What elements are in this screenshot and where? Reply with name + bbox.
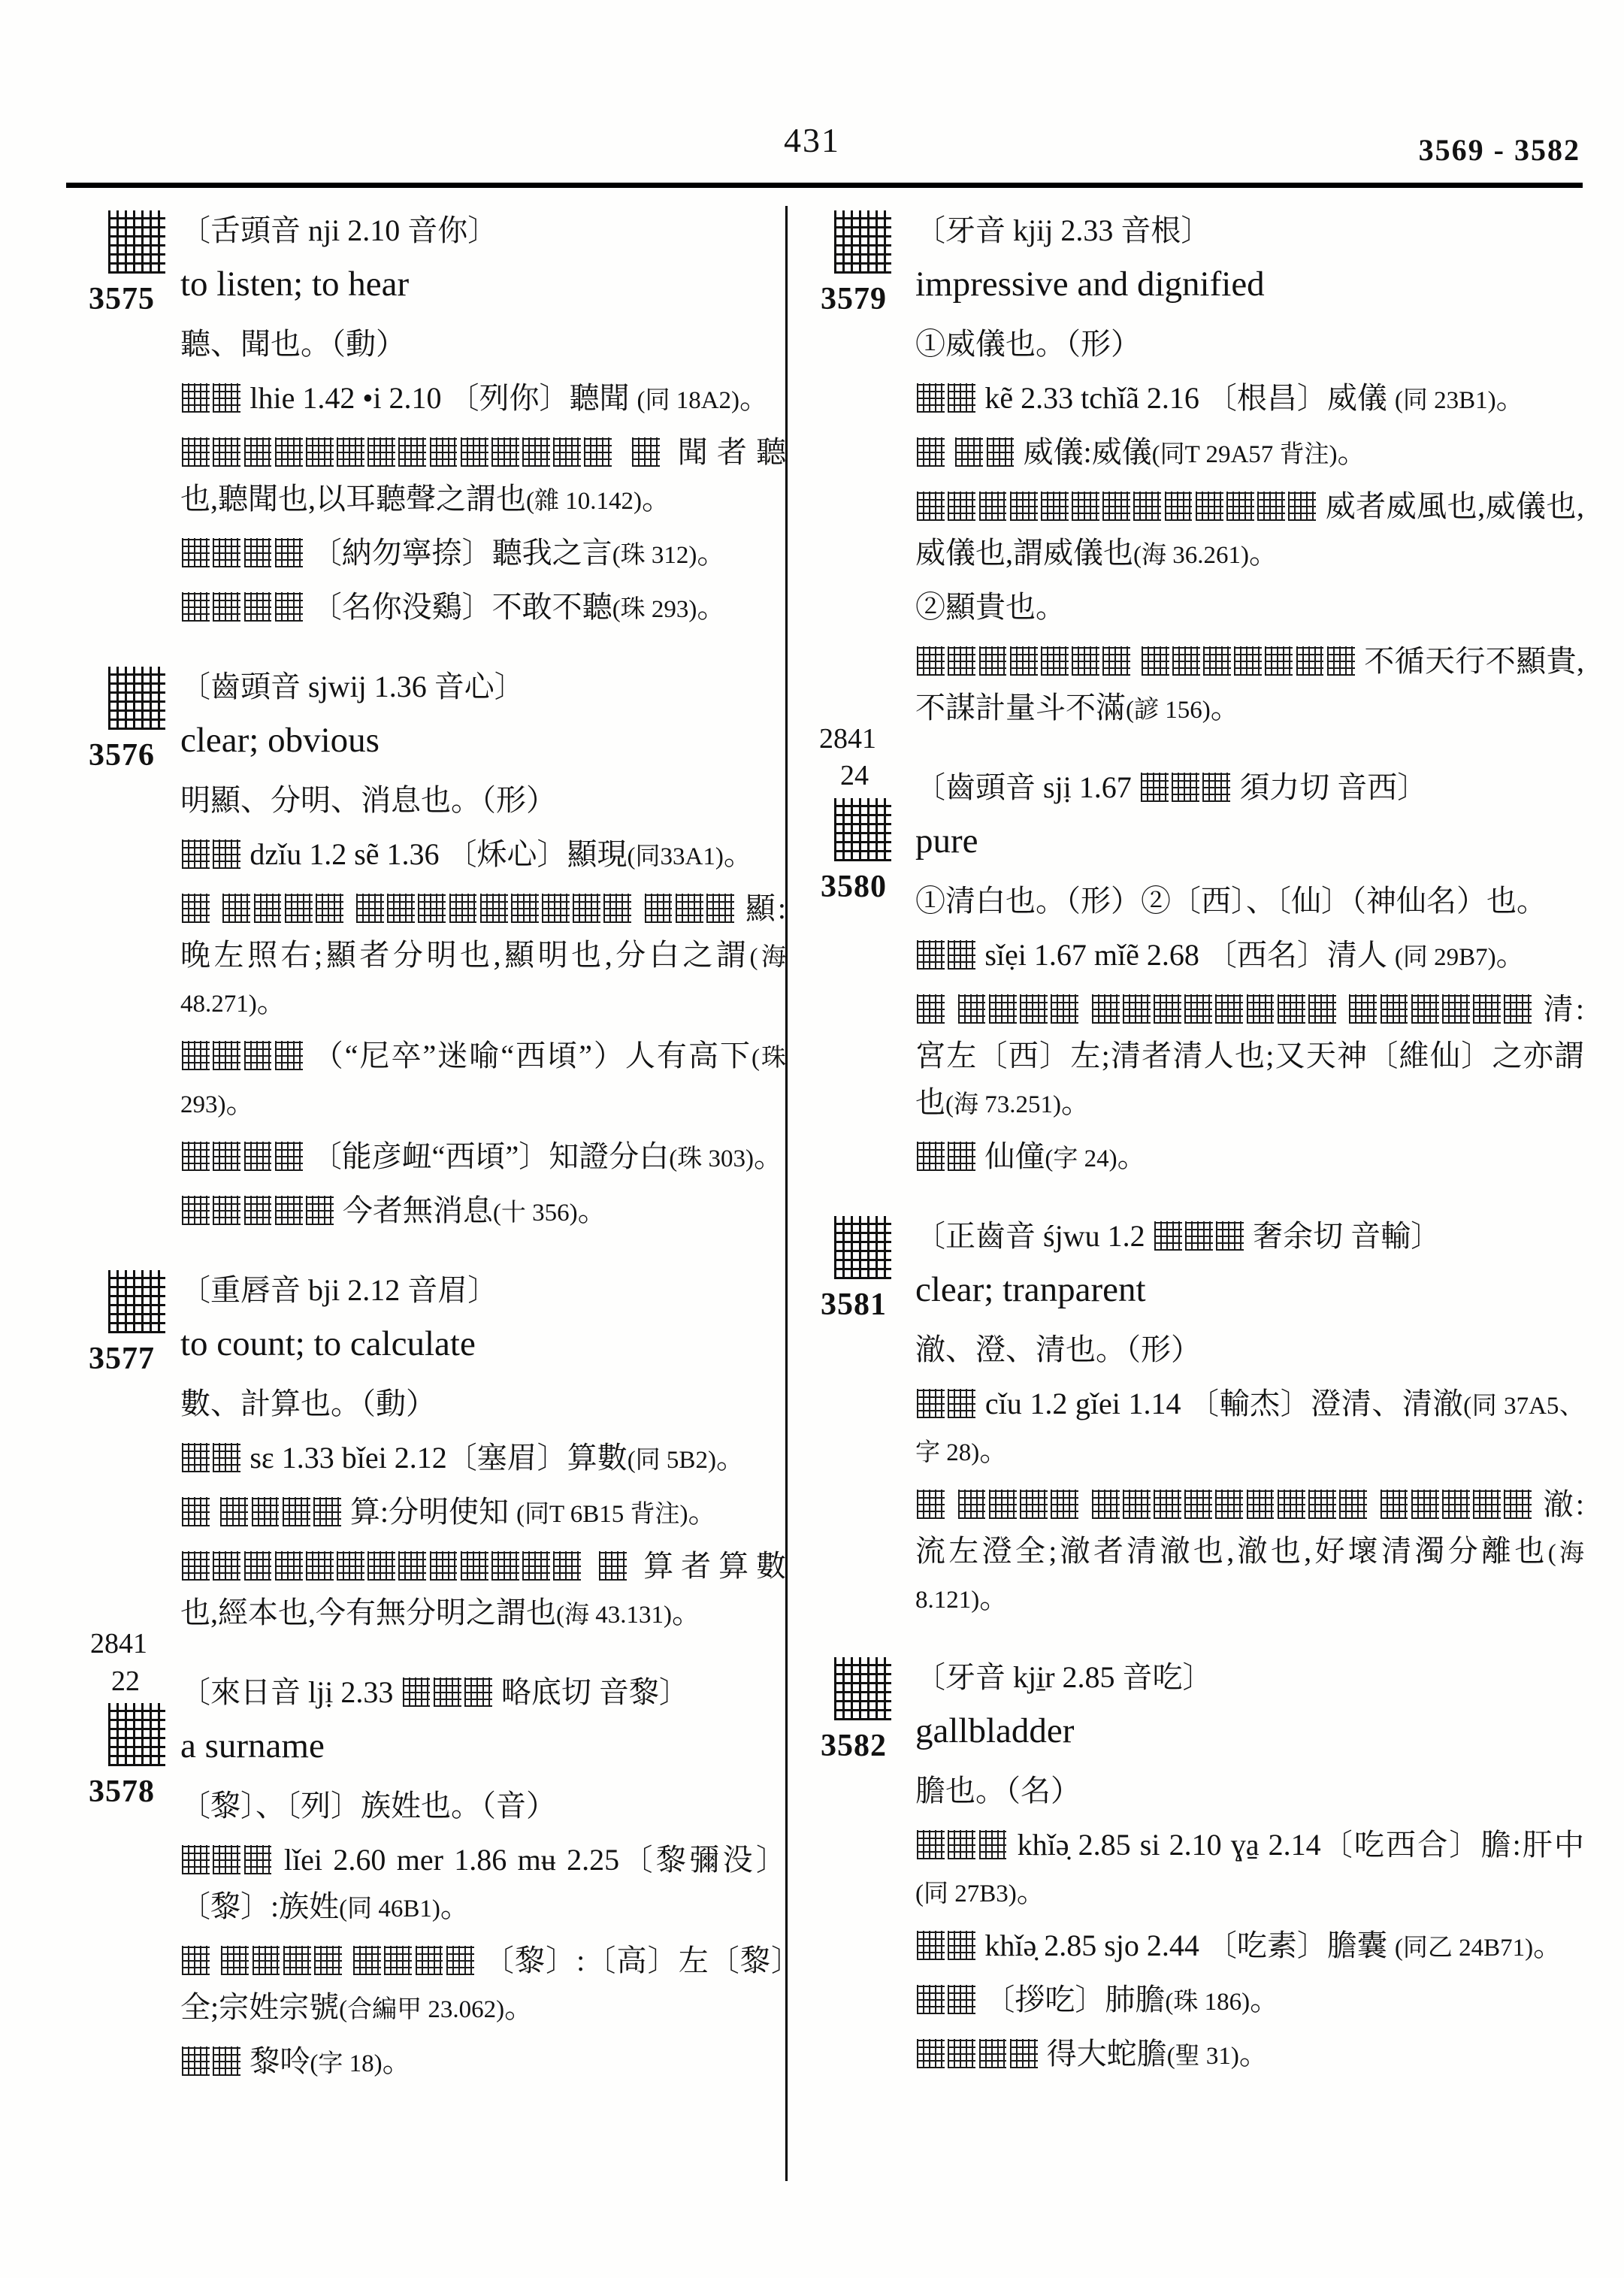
tangut-glyph — [213, 1041, 240, 1070]
entry-number: 3581 — [821, 1287, 915, 1323]
definition-line: 〔黎〕、〔列〕族姓也。（音） — [180, 1783, 786, 1829]
homophone-group-number: 2841 22 — [90, 1626, 180, 1700]
source-reference: (同T 6B15 背注) — [516, 1501, 688, 1528]
example-paragraph: 〔納勿寧捺〕聽我之言(珠 312)。 — [180, 530, 786, 576]
tangut-glyph — [461, 1551, 488, 1581]
tangut-glyph — [182, 840, 210, 869]
tangut-glyph — [632, 437, 660, 467]
tangut-glyph — [1215, 994, 1243, 1024]
tangut-glyph — [1154, 1221, 1182, 1251]
source-reference: (雜 10.142) — [526, 488, 642, 515]
tangut-glyph — [430, 1551, 458, 1581]
tangut-glyph — [213, 1142, 240, 1171]
tangut-glyph — [989, 1490, 1017, 1519]
tangut-glyph — [948, 1142, 975, 1171]
source-reference: (同33A1) — [628, 843, 724, 870]
tangut-glyph — [1504, 994, 1532, 1024]
example-list: lhie 1.42 •i 2.10 〔列你〕聽聞 (同 18A2)。 聞者聽也,… — [180, 375, 786, 631]
tangut-glyph — [522, 1551, 550, 1581]
tangut-glyph — [1504, 1490, 1532, 1519]
pronunciation-line: 〔齒頭音 sjwij 1.36 音心〕 — [180, 664, 786, 710]
english-gloss: clear; tranparent — [915, 1267, 1584, 1313]
tangut-glyph — [244, 1142, 272, 1171]
tangut-glyph — [1381, 1490, 1408, 1519]
tangut-glyph — [461, 437, 488, 467]
tangut-glyph — [182, 2047, 210, 2076]
tangut-glyph — [1216, 1221, 1244, 1251]
dictionary-entry-3575: 3575 〔舌頭音 nji 2.10 音你〕 to listen; to hea… — [66, 207, 786, 638]
tangut-glyph — [275, 437, 303, 467]
entry-range: 3569 - 3582 — [1419, 132, 1580, 168]
tangut-glyph — [917, 646, 945, 676]
entry-gutter: 2841 24 3580 — [816, 764, 915, 1187]
tangut-glyph — [182, 894, 210, 923]
tangut-glyph — [1020, 1490, 1048, 1519]
tangut-glyph — [603, 894, 631, 923]
tangut-glyph — [213, 1845, 240, 1874]
entry-content: 〔舌頭音 nji 2.10 音你〕 to listen; to hear 聽、聞… — [180, 207, 786, 638]
pronunciation-line: 〔牙音 kji̱r 2.85 音吃〕 — [915, 1654, 1584, 1701]
entry-gutter: 3575 — [66, 207, 180, 638]
page-number: 431 — [0, 120, 1624, 160]
tangut-glyph — [244, 592, 272, 622]
entry-content: 〔正齒音 śjwu 1.2 奢余切 音輸〕 clear; tranparent … — [915, 1213, 1584, 1629]
tangut-glyph — [416, 1946, 443, 1975]
tangut-glyph — [553, 1551, 581, 1581]
source-reference: (合編甲 23.062) — [339, 1996, 504, 2023]
tangut-glyph — [1196, 492, 1223, 521]
example-paragraph: 聞者聽也,聽聞也,以耳聽聲之謂也(雜 10.142)。 — [180, 429, 786, 522]
tangut-glyph — [979, 2039, 1007, 2068]
tangut-glyph — [430, 437, 458, 467]
tangut-glyph — [182, 1196, 210, 1225]
dictionary-entry-3579: 3579 〔牙音 kjij 2.33 音根〕 impressive and di… — [816, 207, 1584, 739]
tangut-glyph — [676, 894, 703, 923]
tangut-glyph — [1184, 994, 1212, 1024]
tangut-glyph — [182, 538, 210, 567]
tangut-glyph — [1142, 646, 1169, 676]
entry-gutter: 3577 — [66, 1267, 180, 1644]
tangut-glyph — [979, 646, 1007, 676]
tangut-glyph — [948, 2039, 975, 2068]
source-reference: (同T 29A57 背注) — [1152, 441, 1338, 468]
source-reference: (字 24) — [1045, 1145, 1117, 1172]
tangut-glyph — [491, 437, 519, 467]
tangut-glyph — [275, 1142, 303, 1171]
tangut-glyph — [182, 592, 210, 622]
tangut-glyph — [182, 1497, 210, 1526]
english-gloss: impressive and dignified — [915, 262, 1584, 307]
entry-number: 3578 — [89, 1774, 180, 1810]
tangut-glyph — [1234, 646, 1262, 676]
tangut-headword-glyph — [108, 210, 165, 274]
example-list: kẽ 2.33 tchǐã 2.16 〔根昌〕威儀 (同 23B1)。 威儀:威… — [915, 375, 1584, 731]
tangut-glyph — [1202, 773, 1230, 802]
tangut-headword-glyph — [834, 1216, 891, 1279]
tangut-glyph — [221, 1946, 249, 1975]
tangut-glyph — [1123, 1490, 1151, 1519]
tangut-glyph — [948, 1985, 975, 2014]
tangut-glyph — [955, 437, 983, 467]
english-gloss: to listen; to hear — [180, 262, 786, 307]
tangut-glyph — [367, 1551, 395, 1581]
english-gloss: clear; obvious — [180, 718, 786, 764]
tangut-headword-glyph — [108, 667, 165, 730]
tangut-glyph — [182, 1845, 210, 1874]
tangut-glyph — [917, 1389, 945, 1418]
entry-content: 〔牙音 kji̱r 2.85 音吃〕 gallbladder 膽也。（名） kh… — [915, 1654, 1584, 2085]
example-paragraph: 〔能彦衄“西頃”〕知證分白(珠 303)。 — [180, 1133, 786, 1180]
tangut-glyph — [244, 538, 272, 567]
tangut-glyph — [182, 1946, 210, 1975]
tangut-glyph — [244, 1551, 272, 1581]
tangut-glyph — [917, 1490, 945, 1519]
tangut-glyph — [1072, 492, 1099, 521]
tangut-glyph — [220, 1497, 248, 1526]
example-paragraph: ②顯貴也。 — [915, 584, 1584, 631]
tangut-glyph — [244, 1196, 272, 1225]
tangut-glyph — [244, 1845, 272, 1874]
example-list: lǐei 2.60 mer 1.86 mʉ 2.25〔黎彌没〕〔黎〕:族姓(同 … — [180, 1837, 786, 2085]
tangut-glyph — [446, 1946, 474, 1975]
tangut-glyph — [948, 940, 975, 970]
tangut-glyph — [1154, 994, 1181, 1024]
tangut-glyph — [917, 383, 945, 413]
entry-gutter: 3576 — [66, 664, 180, 1242]
entry-number: 3582 — [821, 1728, 915, 1764]
source-reference: (珠 293) — [612, 596, 697, 623]
example-paragraph: 黎呤(字 18)。 — [180, 2038, 786, 2085]
example-paragraph: sɛ 1.33 bǐei 2.12〔塞眉〕算數(同 5B2)。 — [180, 1435, 786, 1481]
source-reference: (諺 156) — [1126, 697, 1211, 724]
example-paragraph: cǐu 1.2 gǐei 1.14 〔輸杰〕澄清、清澈(同 37A5、字 28)… — [915, 1381, 1584, 1474]
example-paragraph: dzǐu 1.2 sẽ 1.36 〔秌心〕顯現(同33A1)。 — [180, 831, 786, 878]
example-paragraph: 算者算數也,經本也,今有無分明之謂也(海 43.131)。 — [180, 1543, 786, 1636]
tangut-glyph — [1092, 994, 1120, 1024]
tangut-glyph — [213, 437, 240, 467]
source-reference: (同 23B1) — [1395, 387, 1496, 414]
tangut-glyph — [1203, 646, 1231, 676]
dictionary-entry-3576: 3576 〔齒頭音 sjwij 1.36 音心〕 clear; obvious … — [66, 664, 786, 1242]
entry-number: 3576 — [89, 737, 180, 773]
tangut-headword-glyph — [108, 1270, 165, 1333]
tangut-glyph — [1247, 994, 1275, 1024]
tangut-glyph — [1102, 646, 1130, 676]
left-column: 3575 〔舌頭音 nji 2.10 音你〕 to listen; to hea… — [66, 207, 786, 2118]
example-paragraph: 澈:流左澄全;澈者清澈也,澈也,好壞清濁分離也(海 8.121)。 — [915, 1481, 1584, 1621]
definition-line: ①威儀也。（形） — [915, 321, 1584, 368]
entry-content: 〔齒頭音 sjwij 1.36 音心〕 clear; obvious 明顯、分明… — [180, 664, 786, 1242]
tangut-glyph — [213, 840, 240, 869]
tangut-glyph — [599, 1551, 627, 1581]
definition-line: 明顯、分明、消息也。（形） — [180, 777, 786, 824]
tangut-glyph — [1339, 1490, 1367, 1519]
tangut-glyph — [182, 383, 210, 413]
tangut-glyph — [1308, 1490, 1336, 1519]
source-reference: (海 73.251) — [945, 1091, 1061, 1118]
entry-content: 〔牙音 kjij 2.33 音根〕 impressive and dignifi… — [915, 207, 1584, 739]
tangut-glyph — [337, 437, 364, 467]
tangut-glyph — [283, 1946, 311, 1975]
tangut-glyph — [1041, 492, 1069, 521]
tangut-glyph — [917, 2039, 945, 2068]
tangut-headword-glyph — [834, 210, 891, 274]
source-reference: (海 36.261) — [1133, 542, 1249, 569]
source-reference: (字 18) — [310, 2050, 382, 2077]
tangut-glyph — [1411, 1490, 1439, 1519]
tangut-glyph — [1092, 1490, 1120, 1519]
example-paragraph: kẽ 2.33 tchǐã 2.16 〔根昌〕威儀 (同 23B1)。 — [915, 375, 1584, 422]
pronunciation-line: 〔來日音 ljị 2.33 略底切 音黎〕 — [180, 1669, 786, 1716]
entry-number: 3579 — [821, 281, 915, 317]
tangut-glyph — [384, 1946, 412, 1975]
example-paragraph: 威儀:威儀(同T 29A57 背注)。 — [915, 429, 1584, 476]
tangut-glyph — [213, 1196, 240, 1225]
homophone-group-number: 2841 24 — [819, 721, 915, 795]
tangut-glyph — [948, 1931, 975, 1960]
tangut-glyph — [254, 894, 282, 923]
tangut-glyph — [213, 592, 240, 622]
tangut-glyph — [1184, 1490, 1212, 1519]
tangut-glyph — [948, 1830, 975, 1859]
tangut-glyph — [398, 437, 426, 467]
tangut-glyph — [1165, 492, 1193, 521]
entry-gutter: 3581 — [816, 1213, 915, 1629]
tangut-glyph — [522, 437, 550, 467]
example-paragraph: （“尼卒”迷喻“西頃”）人有高下(珠 293)。 — [180, 1033, 786, 1126]
example-paragraph: 今者無消息(十 356)。 — [180, 1187, 786, 1234]
tangut-glyph — [253, 1946, 280, 1975]
pronunciation-line: 〔齒頭音 sjị 1.67 須力切 音西〕 — [915, 764, 1584, 811]
tangut-glyph — [989, 994, 1017, 1024]
pronunciation-line: 〔舌頭音 nji 2.10 音你〕 — [180, 207, 786, 254]
tangut-glyph — [316, 894, 343, 923]
example-paragraph: 顯:晚左照右;顯者分明也,顯明也,分白之謂(海 48.271)。 — [180, 885, 786, 1025]
pronunciation-line: 〔牙音 kjij 2.33 音根〕 — [915, 207, 1584, 254]
tangut-glyph — [213, 2047, 240, 2076]
definition-line: 澈、澄、清也。（形） — [915, 1327, 1584, 1373]
dictionary-entry-3581: 3581 〔正齒音 śjwu 1.2 奢余切 音輸〕 clear; tranpa… — [816, 1213, 1584, 1629]
dictionary-page: 431 3569 - 3582 3575 〔舌頭音 nji 2.10 音你〕 t… — [0, 0, 1624, 2278]
source-reference: (同 29B7) — [1395, 944, 1496, 971]
definition-line: ①清白也。（形）②〔西〕、〔仙〕（神仙名）也。 — [915, 878, 1584, 924]
source-reference: (海 43.131) — [556, 1602, 672, 1629]
tangut-glyph — [1010, 492, 1038, 521]
example-paragraph: 〔黎〕:〔高〕左〔黎〕全;宗姓宗號(合編甲 23.062)。 — [180, 1938, 786, 2031]
example-list: cǐu 1.2 gǐei 1.14 〔輸杰〕澄清、清澈(同 37A5、字 28)… — [915, 1381, 1584, 1621]
source-reference: (同 46B1) — [339, 1895, 440, 1923]
tangut-glyph — [403, 1677, 431, 1707]
tangut-glyph — [917, 940, 945, 970]
example-paragraph: 〔拶吃〕肺膽(珠 186)。 — [915, 1977, 1584, 2023]
tangut-glyph — [356, 894, 384, 923]
tangut-glyph — [1172, 773, 1199, 802]
tangut-glyph — [1288, 492, 1316, 521]
entry-content: 〔齒頭音 sjị 1.67 須力切 音西〕 pure ①清白也。（形）②〔西〕、… — [915, 764, 1584, 1187]
homophone-ref-sub: 24 — [819, 758, 915, 794]
pronunciation-line: 〔正齒音 śjwu 1.2 奢余切 音輸〕 — [915, 1213, 1584, 1260]
example-paragraph: 仙僮(字 24)。 — [915, 1133, 1584, 1180]
tangut-glyph — [1381, 994, 1408, 1024]
tangut-glyph — [948, 646, 975, 676]
tangut-glyph — [979, 492, 1007, 521]
tangut-glyph — [1411, 994, 1439, 1024]
tangut-glyph — [1051, 994, 1078, 1024]
tangut-glyph — [553, 437, 581, 467]
entry-gutter: 2841 22 3578 — [66, 1669, 180, 2092]
english-gloss: pure — [915, 818, 1584, 864]
tangut-glyph — [275, 1041, 303, 1070]
tangut-glyph — [252, 1497, 280, 1526]
tangut-glyph — [480, 894, 508, 923]
tangut-glyph — [917, 437, 945, 467]
example-list: sǐẹi 1.67 mǐẽ 2.68 〔西名〕清人 (同 29B7)。 清:宮左… — [915, 932, 1584, 1180]
tangut-headword-glyph — [834, 1657, 891, 1720]
tangut-glyph — [917, 1142, 945, 1171]
tangut-glyph — [449, 894, 477, 923]
tangut-glyph — [464, 1677, 492, 1707]
dictionary-entry-3577: 3577 〔重唇音 bji 2.12 音眉〕 to count; to calc… — [66, 1267, 786, 1644]
entry-number: 3575 — [89, 281, 180, 317]
tangut-glyph — [1102, 492, 1130, 521]
tangut-glyph — [398, 1551, 426, 1581]
tangut-glyph — [1442, 1490, 1470, 1519]
header-rule — [66, 183, 1583, 188]
tangut-glyph — [917, 1931, 945, 1960]
example-list: dzǐu 1.2 sẽ 1.36 〔秌心〕顯現(同33A1)。 顯:晚左照右;顯… — [180, 831, 786, 1234]
example-paragraph: 得大蛇膽(聖 31)。 — [915, 2031, 1584, 2077]
tangut-glyph — [1020, 994, 1048, 1024]
tangut-glyph — [306, 1551, 334, 1581]
tangut-glyph — [213, 1551, 240, 1581]
tangut-glyph — [948, 492, 975, 521]
homophone-ref-main: 2841 — [90, 1626, 180, 1662]
tangut-glyph — [313, 1497, 341, 1526]
tangut-glyph — [1473, 994, 1501, 1024]
tangut-glyph — [353, 1946, 381, 1975]
entry-content: 〔重唇音 bji 2.12 音眉〕 to count; to calculate… — [180, 1267, 786, 1644]
source-reference: (十 356) — [493, 1200, 578, 1227]
tangut-glyph — [387, 894, 415, 923]
tangut-glyph — [948, 383, 975, 413]
tangut-glyph — [1473, 1490, 1501, 1519]
tangut-glyph — [337, 1551, 364, 1581]
tangut-glyph — [958, 1490, 986, 1519]
tangut-glyph — [1257, 492, 1285, 521]
tangut-glyph — [958, 994, 986, 1024]
tangut-glyph — [1226, 492, 1254, 521]
tangut-glyph — [1141, 773, 1169, 802]
tangut-glyph — [1123, 994, 1151, 1024]
tangut-glyph — [1296, 646, 1324, 676]
tangut-glyph — [1072, 646, 1099, 676]
source-reference: (同 27B3) — [915, 1880, 1017, 1907]
entry-gutter: 3579 — [816, 207, 915, 739]
tangut-glyph — [275, 1551, 303, 1581]
entry-content: 〔來日音 ljị 2.33 略底切 音黎〕 a surname 〔黎〕、〔列〕族… — [180, 1669, 786, 2092]
tangut-glyph — [1308, 994, 1336, 1024]
tangut-glyph — [1185, 1221, 1213, 1251]
tangut-glyph — [275, 1196, 303, 1225]
tangut-glyph — [1010, 2039, 1038, 2068]
example-paragraph: khǐə̣ 2.85 si 2.10 ɣa̱ 2.14〔吃西合〕膽:肝中(同 2… — [915, 1822, 1584, 1915]
homophone-ref-main: 2841 — [819, 721, 915, 758]
tangut-glyph — [182, 1142, 210, 1171]
tangut-headword-glyph — [834, 798, 891, 861]
tangut-glyph — [979, 1830, 1007, 1859]
tangut-glyph — [1327, 646, 1355, 676]
tangut-glyph — [418, 894, 446, 923]
pronunciation-line: 〔重唇音 bji 2.12 音眉〕 — [180, 1267, 786, 1314]
tangut-glyph — [706, 894, 734, 923]
tangut-glyph — [987, 437, 1015, 467]
tangut-glyph — [917, 1985, 945, 2014]
source-reference: (海 48.271) — [180, 944, 786, 1018]
dictionary-entry-3582: 3582 〔牙音 kji̱r 2.85 音吃〕 gallbladder 膽也。（… — [816, 1654, 1584, 2085]
tangut-glyph — [182, 437, 210, 467]
definition-line: 數、計算也。（動） — [180, 1381, 786, 1427]
tangut-glyph — [222, 894, 250, 923]
tangut-glyph — [917, 994, 945, 1024]
definition-line: 膽也。（名） — [915, 1768, 1584, 1814]
tangut-glyph — [244, 437, 272, 467]
source-reference: (聖 31) — [1167, 2043, 1239, 2070]
homophone-ref-sub: 22 — [90, 1663, 180, 1700]
english-gloss: a surname — [180, 1723, 786, 1769]
tangut-glyph — [1247, 1490, 1275, 1519]
tangut-glyph — [645, 894, 673, 923]
entry-number: 3577 — [89, 1341, 180, 1377]
source-reference: (珠 186) — [1165, 1989, 1250, 2016]
tangut-glyph — [213, 1443, 240, 1472]
tangut-glyph — [1349, 994, 1377, 1024]
tangut-glyph — [314, 1946, 342, 1975]
tangut-glyph — [1442, 994, 1470, 1024]
tangut-glyph — [275, 592, 303, 622]
tangut-glyph — [511, 894, 539, 923]
tangut-glyph — [1133, 492, 1161, 521]
tangut-glyph — [434, 1677, 461, 1707]
tangut-glyph — [182, 1041, 210, 1070]
source-reference: (海 8.121) — [915, 1540, 1584, 1614]
source-reference: (珠 303) — [669, 1145, 754, 1172]
tangut-glyph — [1278, 994, 1305, 1024]
example-paragraph: sǐẹi 1.67 mǐẽ 2.68 〔西名〕清人 (同 29B7)。 — [915, 932, 1584, 979]
tangut-glyph — [917, 492, 945, 521]
english-gloss: gallbladder — [915, 1708, 1584, 1754]
definition-line: 聽、聞也。（動） — [180, 321, 786, 368]
source-reference: (同 37A5、字 28) — [915, 1393, 1584, 1466]
example-paragraph: 算:分明使知 (同T 6B15 背注)。 — [180, 1489, 786, 1535]
entry-gutter: 3582 — [816, 1654, 915, 2085]
english-gloss: to count; to calculate — [180, 1321, 786, 1367]
right-column: 3579 〔牙音 kjij 2.33 音根〕 impressive and di… — [786, 207, 1584, 2110]
tangut-glyph — [948, 1389, 975, 1418]
tangut-glyph — [542, 894, 570, 923]
dictionary-entry-3580: 2841 24 3580 〔齒頭音 sjị 1.67 須力切 音西〕 pure … — [816, 764, 1584, 1187]
tangut-glyph — [1010, 646, 1038, 676]
tangut-glyph — [213, 538, 240, 567]
tangut-glyph — [1041, 646, 1069, 676]
example-paragraph: 威者威風也,威儀也,威儀也,謂威儀也(海 36.261)。 — [915, 483, 1584, 576]
tangut-glyph — [283, 1497, 310, 1526]
tangut-glyph — [491, 1551, 519, 1581]
tangut-glyph — [917, 1830, 945, 1859]
tangut-glyph — [1265, 646, 1293, 676]
tangut-glyph — [182, 1443, 210, 1472]
tangut-glyph — [1051, 1490, 1078, 1519]
example-paragraph: lǐei 2.60 mer 1.86 mʉ 2.25〔黎彌没〕〔黎〕:族姓(同 … — [180, 1837, 786, 1930]
